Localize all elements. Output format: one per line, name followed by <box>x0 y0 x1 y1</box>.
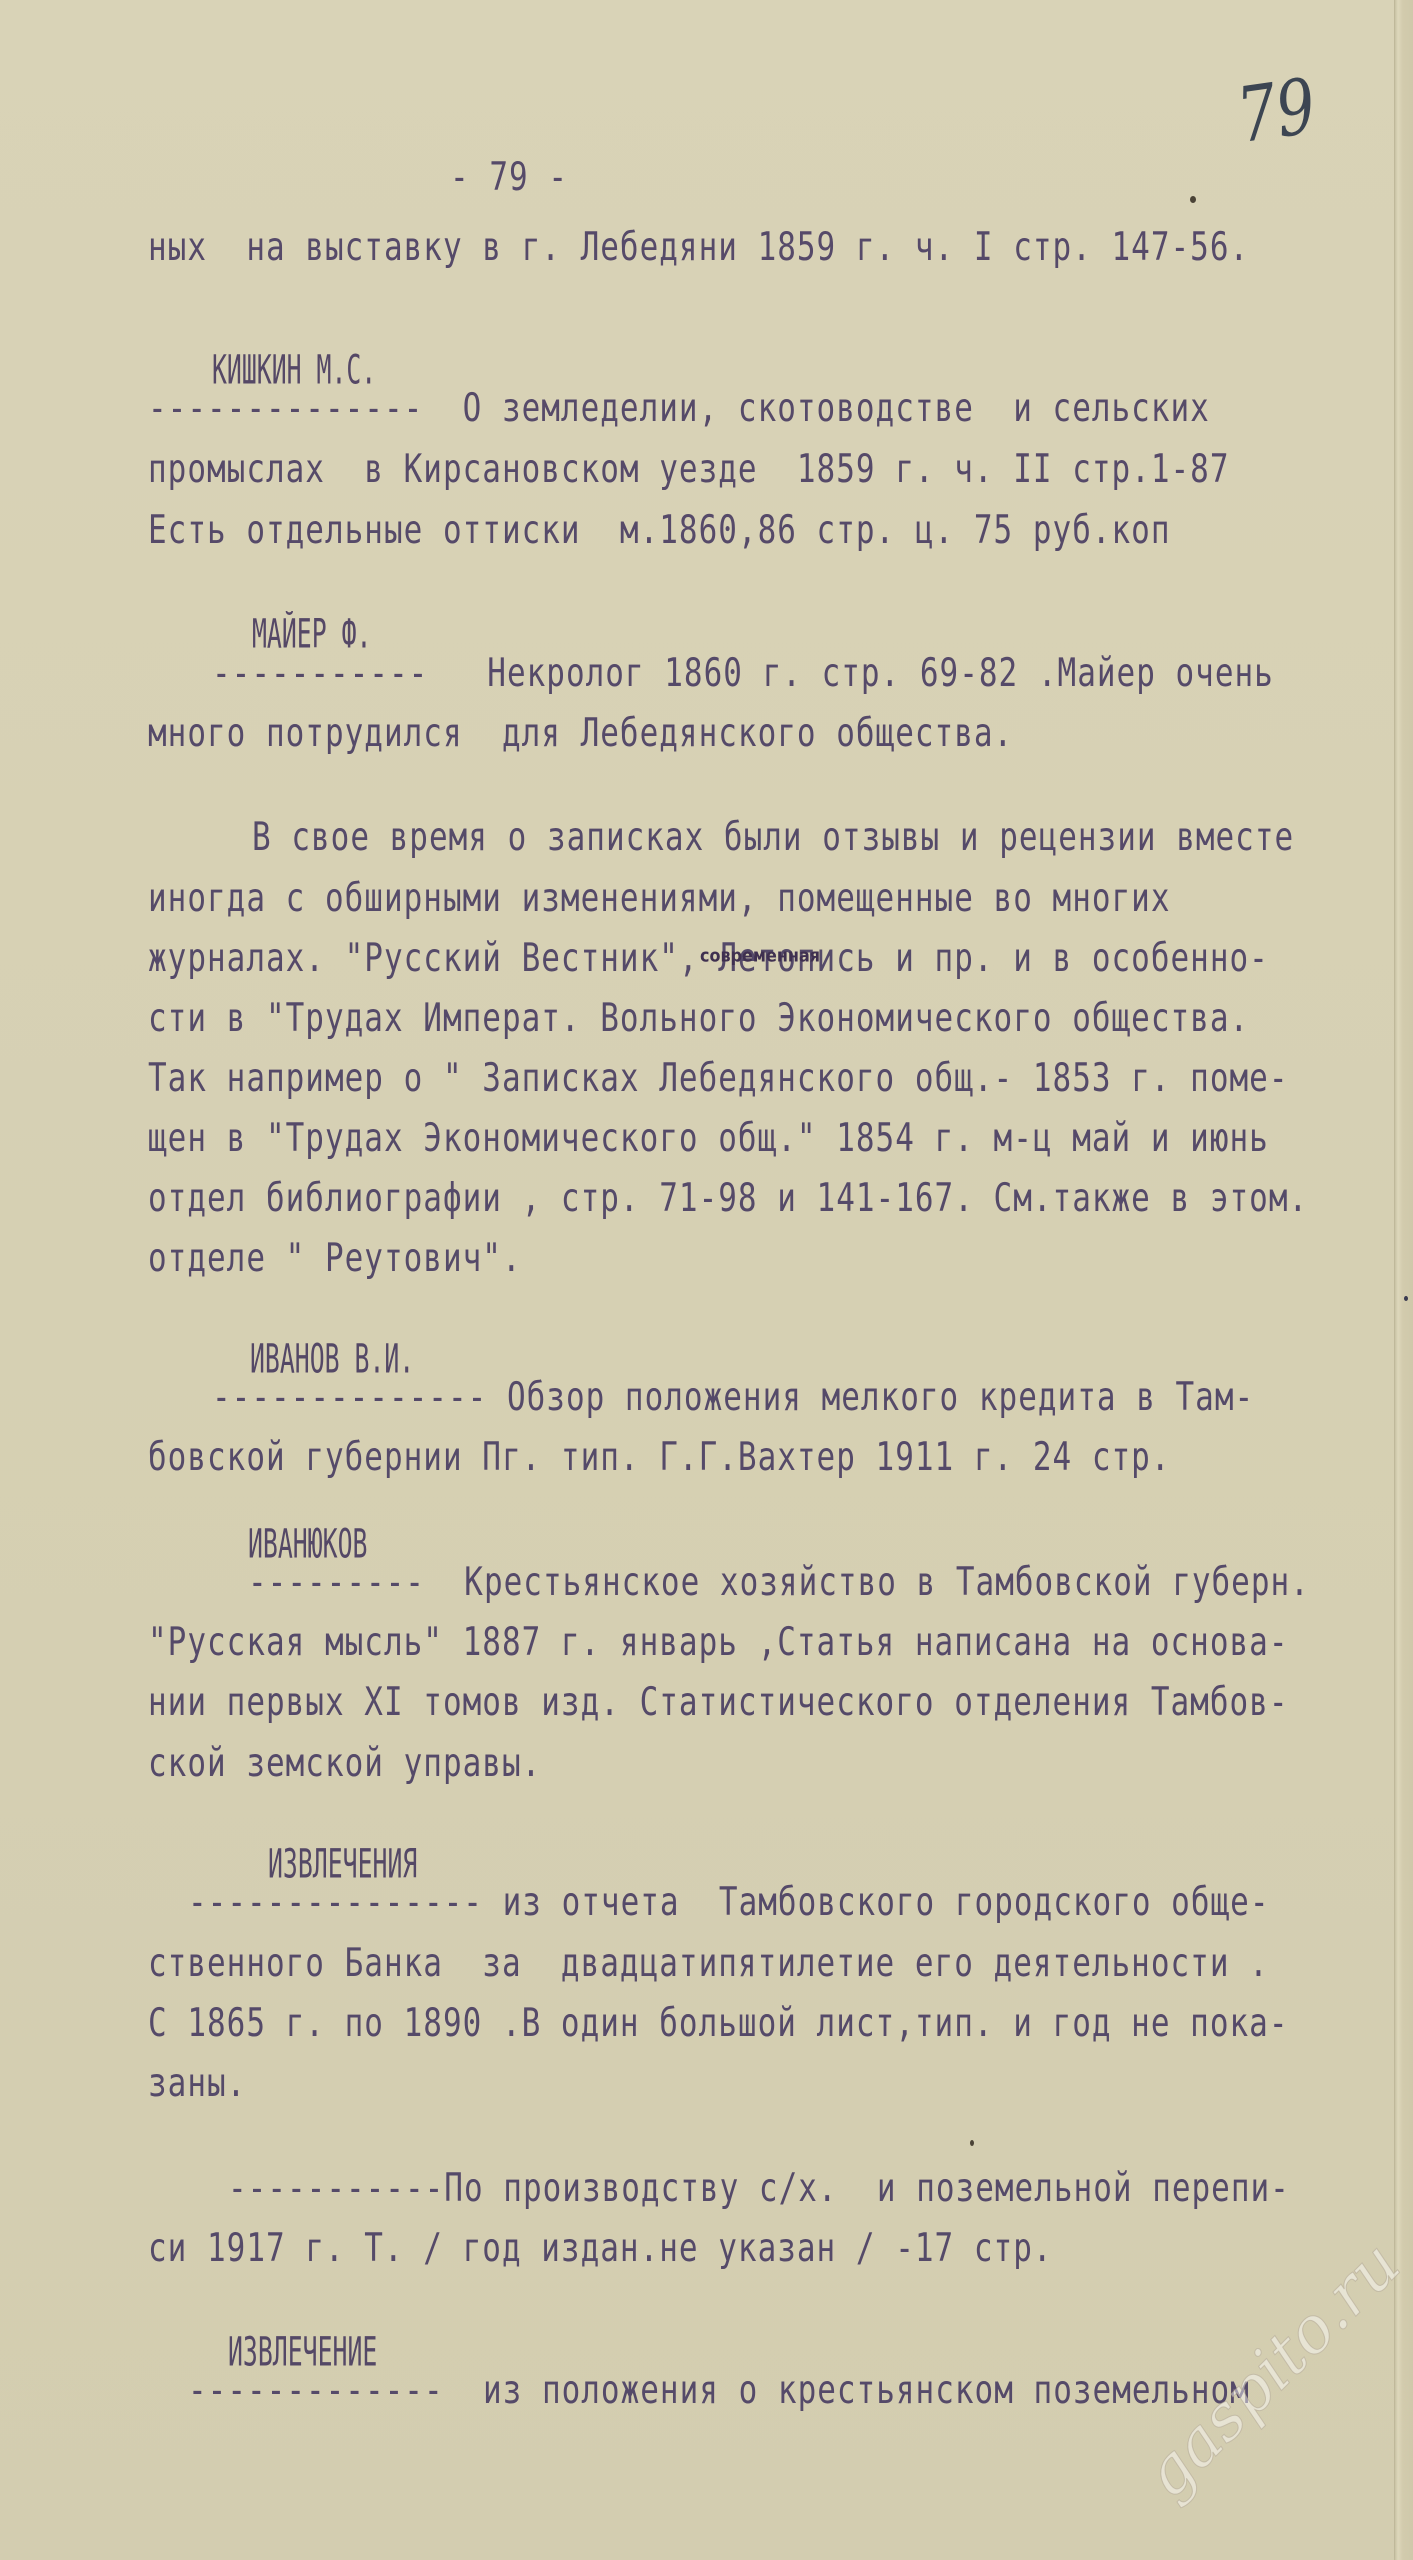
text-line: ----------- Некролог 1860 г. стр. 69-82 … <box>212 651 1274 696</box>
text-line: си 1917 г. Т. / год издан.не указан / -1… <box>148 2226 1053 2271</box>
text-line: щен в "Трудах Экономического общ." 1854 … <box>148 1116 1269 1161</box>
text-line: отделе " Реутович". <box>148 1236 522 1281</box>
text-line: -----------По производству с/х. и поземе… <box>228 2166 1290 2211</box>
text-line: --------------- из отчета Тамбовского го… <box>188 1880 1270 1925</box>
text-line: отдел библиографии , стр. 71-98 и 141-16… <box>148 1176 1308 1221</box>
text-line: нии первых XI томов изд. Статистического… <box>148 1680 1289 1725</box>
text-line: промыслах в Кирсановском уезде 1859 г. ч… <box>148 447 1230 492</box>
ink-speck <box>1404 1296 1408 1301</box>
text-line: Есть отдельные оттиски м.1860,86 стр. ц.… <box>148 508 1171 553</box>
text-line: ных на выставку в г. Лебедяни 1859 г. ч.… <box>148 225 1249 270</box>
text-line: бовской губернии Пг. тип. Г.Г.Вахтер 191… <box>148 1435 1171 1480</box>
ink-speck <box>970 2140 974 2146</box>
handwritten-folio-number: 79 <box>1232 61 1321 160</box>
text-line: ственного Банка за двадцатипятилетие его… <box>148 1941 1269 1986</box>
text-line: ------------- из положения о крестьянско… <box>188 2368 1250 2413</box>
text-line: В свое время о записках были отзывы и ре… <box>252 815 1294 860</box>
ink-speck <box>1190 196 1196 203</box>
page-edge <box>1394 0 1413 2560</box>
text-line: --------- Крестьянское хозяйство в Тамбо… <box>248 1560 1310 1605</box>
text-line: ской земской управы. <box>148 1741 541 1786</box>
text-line: Так например о " Записках Лебедянского о… <box>148 1056 1289 1101</box>
text-line: "Русская мысль" 1887 г. январь ,Статья н… <box>148 1620 1289 1665</box>
page-number: - 79 - <box>450 155 568 200</box>
text-line: иногда с обширными изменениями, помещенн… <box>148 876 1171 921</box>
text-line: -------------- Обзор положения мелкого к… <box>212 1375 1254 1420</box>
handwritten-insertion: современная <box>700 945 820 966</box>
text-line: С 1865 г. по 1890 .В один большой лист,т… <box>148 2001 1289 2046</box>
text-line: заны. <box>148 2061 246 2106</box>
text-line: -------------- О земледелии, скотоводств… <box>148 386 1210 431</box>
text-line: много потрудился для Лебедянского общест… <box>148 711 1013 756</box>
text-line: сти в "Трудах Императ. Вольного Экономич… <box>148 996 1249 1041</box>
